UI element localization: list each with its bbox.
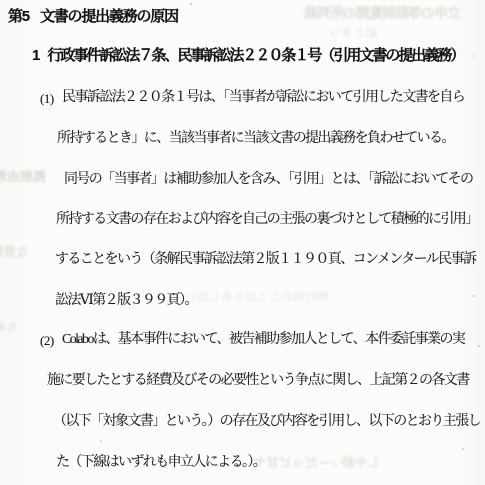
bleed-through-ghost-middle: 物行刊のここのりあし出い [185, 288, 329, 305]
bleed-through-ghost-left-2: な習発 [0, 243, 28, 260]
section-title: 文書の提出義務の原因 [40, 8, 178, 25]
paragraph-2-line-3: （以下「対象文書」という。）の存在及び内容を引用し、以下のとおり主張し [53, 413, 480, 430]
bleed-through-ghost-top-right: 立申の等限制覧閲の所判裁 [305, 3, 461, 23]
bleed-through-ghost-left-3: ちめ [0, 318, 18, 335]
paragraph-1-line-5: することをいう（条解民事訴訟法第２版１１９０頁、コンメンタール民事訴 [55, 251, 475, 268]
paragraph-2-line-4: た（下線はいずれも申立人による。）。 [56, 454, 265, 471]
subsection-heading: 1行政事件訴訟法７条、民事訴訟法２２０条１号（引用文書の提出義務） [32, 47, 463, 64]
subsection-title: 行政事件訴訟法７条、民事訴訟法２２０条１号（引用文書の提出義務） [47, 47, 463, 64]
bleed-through-ghost-top-right-2: 記上 きつ [330, 24, 377, 40]
paragraph-1-line-6: 訟法Ⅵ第２版３９９頁）。 [55, 292, 197, 309]
paragraph-1-line-3: 同号の「当事者」は補助参加人を含み、「引用」とは、「訴訟においてその [64, 171, 472, 188]
paragraph-1-line-1: 民事訴訟法２２０条１号は、「当事者が訴訟において引用した文書を自ら [62, 89, 464, 106]
paragraph-1-line-4: 所持する文書の存在および内容を自己の主張の裏づけとして積極的に引用」 [56, 211, 478, 228]
paragraph-1-line-2: 所持するとき」に、当該当事者に当該文書の提出義務を負わせている。 [57, 130, 454, 147]
paragraph-2-line-1: Colaboは、基本事件において、被告補助参加人として、本件委託事業の実 [62, 331, 464, 348]
section-number: 第5 [8, 8, 29, 25]
subsection-number: 1 [32, 47, 38, 64]
bleed-through-ghost-left-1: 拠根由理 [0, 166, 46, 185]
paragraph-1-marker: (1) [40, 90, 54, 107]
paragraph-2-marker: (2) [40, 332, 54, 349]
bleed-through-ghost-bottom: しや紗 ♪ーだっビ甘ヤ [253, 452, 380, 471]
paragraph-2-line-2: 施に要したとする経費及びその必要性という争点に関し、上記第２の各文書 [47, 372, 469, 389]
scanned-legal-document-page: 第5文書の提出義務の原因 1行政事件訴訟法７条、民事訴訟法２２０条１号（引用文書… [0, 0, 485, 485]
section-heading: 第5文書の提出義務の原因 [8, 8, 178, 25]
scan-speck-artifacts [190, 3, 192, 5]
